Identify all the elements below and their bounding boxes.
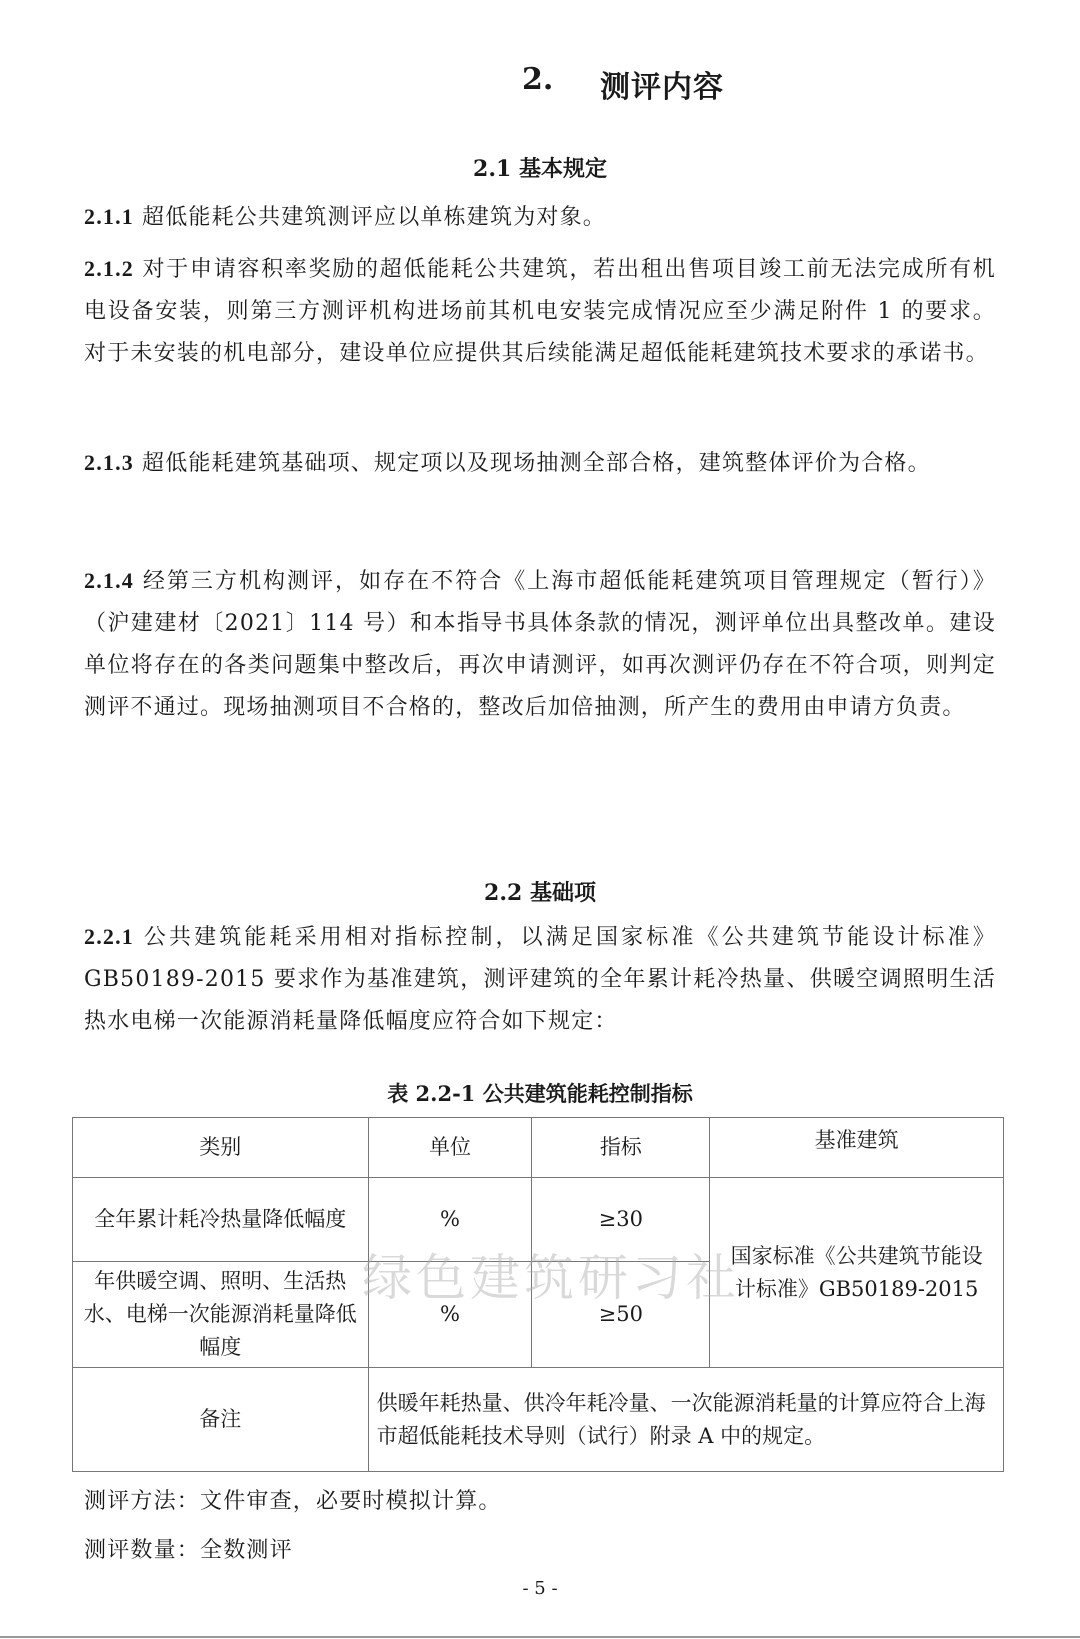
clause-id: 2.1.1 — [84, 204, 134, 229]
row-category: 全年累计耗冷热量降低幅度 — [73, 1178, 369, 1262]
row-unit: % — [368, 1178, 532, 1262]
clause-text: 超低能耗公共建筑测评应以单栋建筑为对象。 — [142, 205, 606, 230]
note-label: 备注 — [73, 1368, 369, 1472]
row-unit: % — [368, 1262, 532, 1368]
clause-id: 2.1.3 — [84, 450, 134, 475]
clause-2-2-1: 2.2.1公共建筑能耗采用相对指标控制，以满足国家标准《公共建筑节能设计标准》G… — [84, 916, 996, 1043]
clause-2-1-3: 2.1.3超低能耗建筑基础项、规定项以及现场抽测全部合格，建筑整体评价为合格。 — [84, 442, 996, 485]
energy-control-table: 类别 单位 指标 基准建筑 全年累计耗冷热量降低幅度 % ≥30 国家标准《公共… — [72, 1117, 1004, 1472]
evaluation-quantity: 测评数量：全数测评 — [84, 1533, 293, 1564]
clause-text: 超低能耗建筑基础项、规定项以及现场抽测全部合格，建筑整体评价为合格。 — [142, 451, 931, 476]
clause-text: 经第三方机构测评，如存在不符合《上海市超低能耗建筑项目管理规定（暂行）》（沪建建… — [84, 569, 996, 720]
section-2-2-heading: 2.2 基础项 — [0, 876, 1080, 907]
document-page: 2. 测评内容 2.1 基本规定 2.1.1超低能耗公共建筑测评应以单栋建筑为对… — [0, 0, 1080, 1639]
row-category: 年供暖空调、照明、生活热水、电梯一次能源消耗量降低幅度 — [73, 1262, 369, 1368]
row-baseline: 国家标准《公共建筑节能设计标准》GB50189-2015 — [710, 1178, 1004, 1368]
header-unit: 单位 — [368, 1118, 532, 1178]
page-bottom-divider — [0, 1636, 1080, 1638]
note-text: 供暖年耗热量、供冷年耗冷量、一次能源消耗量的计算应符合上海市超低能耗技术导则（试… — [368, 1368, 1003, 1472]
table-caption: 表 2.2-1 公共建筑能耗控制指标 — [0, 1078, 1080, 1108]
header-baseline: 基准建筑 — [710, 1118, 1004, 1178]
clause-2-1-1: 2.1.1超低能耗公共建筑测评应以单栋建筑为对象。 — [84, 196, 996, 239]
chapter-number: 2. — [522, 62, 553, 97]
table-note-row: 备注 供暖年耗热量、供冷年耗冷量、一次能源消耗量的计算应符合上海市超低能耗技术导… — [73, 1368, 1004, 1472]
header-category: 类别 — [73, 1118, 369, 1178]
evaluation-method: 测评方法：文件审查，必要时模拟计算。 — [84, 1484, 502, 1515]
row-index: ≥30 — [532, 1178, 710, 1262]
header-index: 指标 — [532, 1118, 710, 1178]
clause-id: 2.1.2 — [84, 256, 134, 281]
clause-text: 公共建筑能耗采用相对指标控制，以满足国家标准《公共建筑节能设计标准》GB5018… — [84, 925, 996, 1034]
clause-id: 2.2.1 — [84, 924, 134, 949]
chapter-title: 测评内容 — [600, 62, 724, 106]
clause-id: 2.1.4 — [84, 568, 134, 593]
page-number: - 5 - — [0, 1578, 1080, 1599]
row-index: ≥50 — [532, 1262, 710, 1368]
clause-2-1-2: 2.1.2对于申请容积率奖励的超低能耗公共建筑，若出租出售项目竣工前无法完成所有… — [84, 248, 996, 375]
table-row: 全年累计耗冷热量降低幅度 % ≥30 国家标准《公共建筑节能设计标准》GB501… — [73, 1178, 1004, 1262]
section-2-1-heading: 2.1 基本规定 — [0, 152, 1080, 183]
clause-text: 对于申请容积率奖励的超低能耗公共建筑，若出租出售项目竣工前无法完成所有机电设备安… — [84, 257, 996, 366]
table-header-row: 类别 单位 指标 基准建筑 — [73, 1118, 1004, 1178]
clause-2-1-4: 2.1.4经第三方机构测评，如存在不符合《上海市超低能耗建筑项目管理规定（暂行）… — [84, 560, 996, 729]
